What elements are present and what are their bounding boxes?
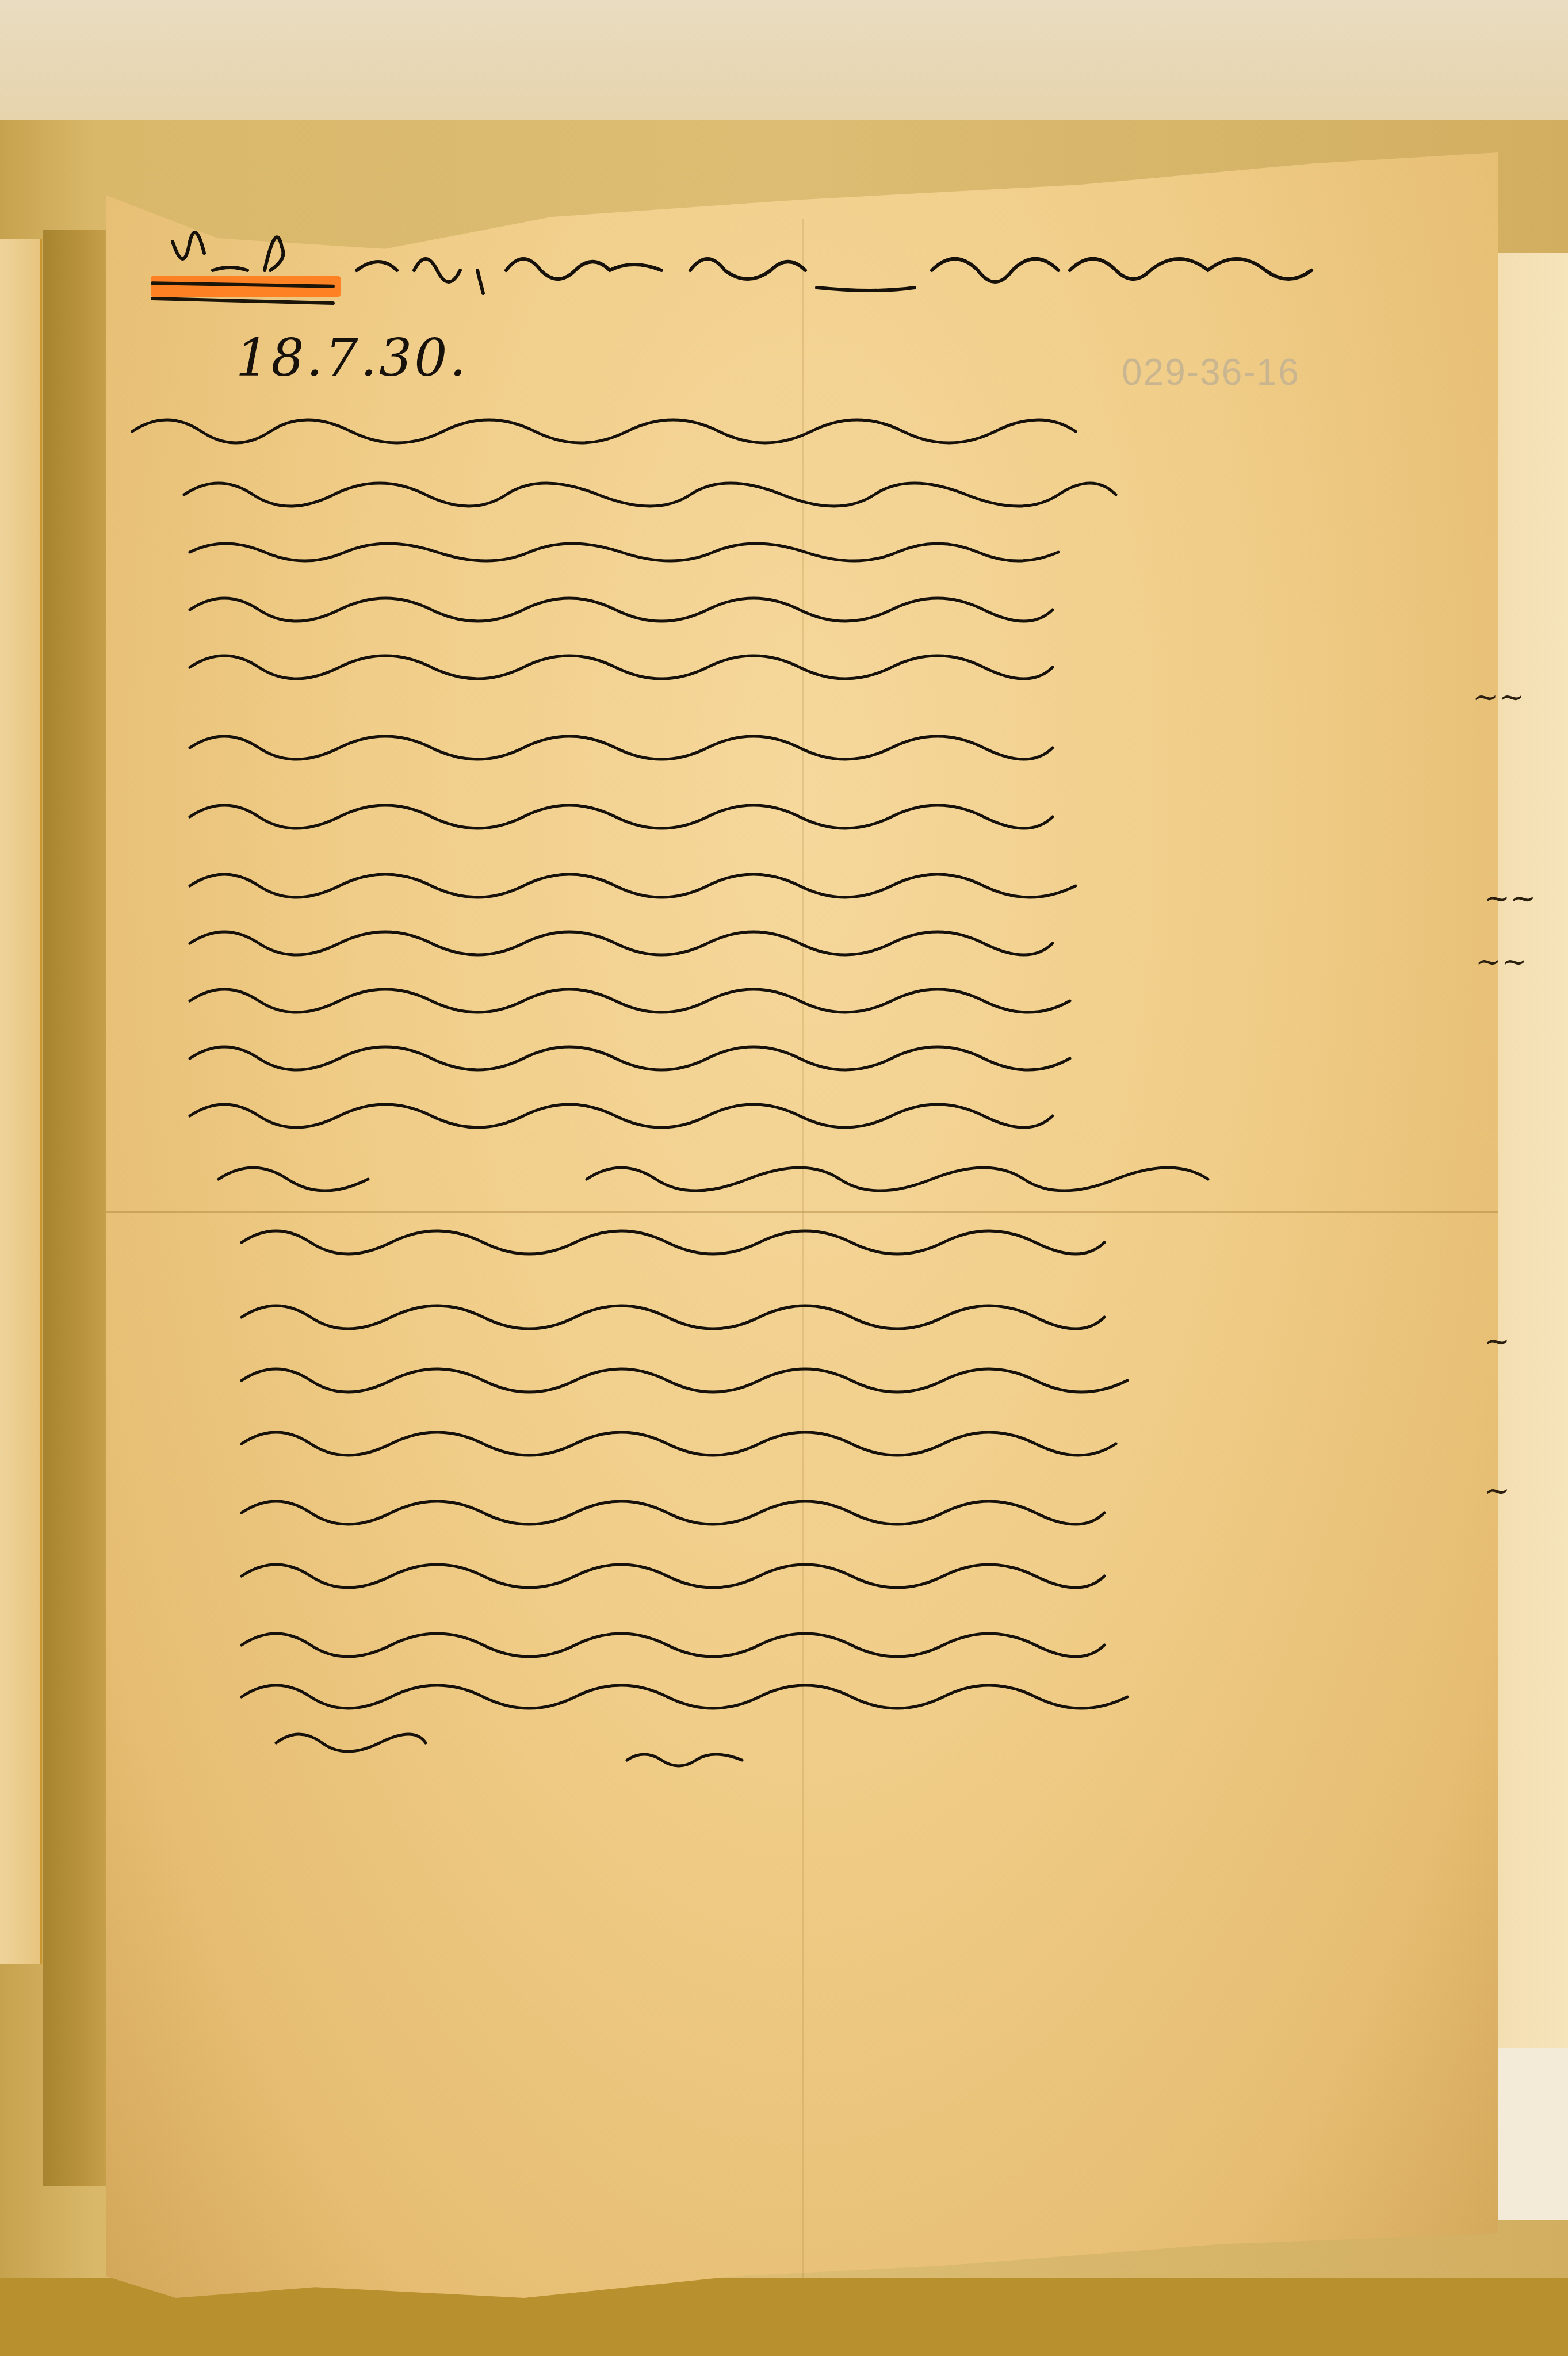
right-page-handwriting: ∼ bbox=[1484, 1472, 1510, 1509]
shorthand-text-body bbox=[0, 0, 1568, 2356]
right-page-handwriting: ∼∼ bbox=[1473, 679, 1525, 715]
right-page-handwriting: ∼ bbox=[1484, 1323, 1510, 1359]
right-page-handwriting: ∼∼ bbox=[1484, 880, 1536, 916]
right-page-handwriting: ∼∼ bbox=[1475, 943, 1528, 980]
